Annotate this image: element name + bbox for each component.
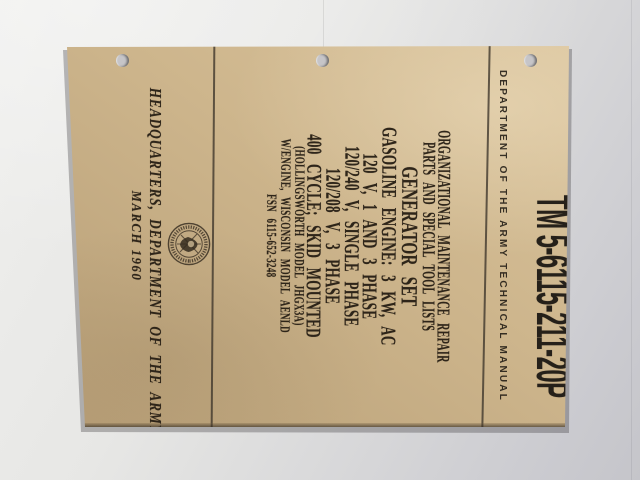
manual-cover: TM 5-6115-211-20P DEPARTMENT OF THE ARMY… xyxy=(0,0,640,480)
background-edge-seam xyxy=(631,0,632,480)
paper-bottom-edge xyxy=(80,423,572,427)
title-line-fsn: FSN 6115-652-3248 xyxy=(261,114,278,357)
photo-scene: TM 5-6115-211-20P DEPARTMENT OF THE ARMY… xyxy=(0,0,640,480)
army-seal-icon xyxy=(167,222,211,266)
headquarters-line: HEADQUARTERS, DEPARTMENT OF THE ARMY xyxy=(145,88,165,384)
date-line: MARCH 1960 xyxy=(127,65,143,407)
background-seam xyxy=(323,0,324,50)
manual-cover-content: TM 5-6115-211-20P DEPARTMENT OF THE ARMY… xyxy=(65,46,567,426)
